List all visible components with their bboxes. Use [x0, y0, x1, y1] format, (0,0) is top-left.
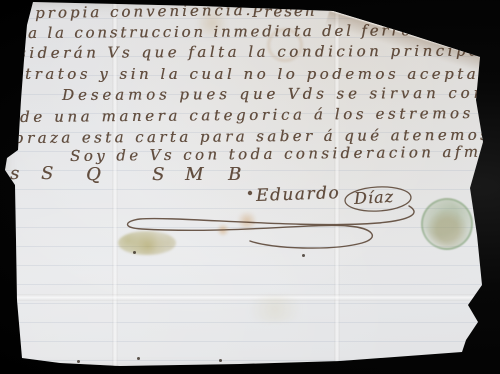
closing-initial-s: S: [152, 164, 164, 185]
handwriting-line-1a: propia conveniencia.: [35, 1, 253, 22]
closing-initials-left: s S: [10, 163, 61, 184]
fold-crease-horizontal: [0, 294, 500, 301]
signature-last-name: Díaz: [354, 187, 395, 208]
signature-first-name: Eduardo: [256, 183, 341, 206]
handwriting-line-4: tratos y sin la cual no lo podemos acept…: [25, 65, 490, 83]
letter-paper: propia conveniencia. Presen a la constru…: [0, 0, 500, 374]
handwriting-line-1b: Presen: [252, 2, 317, 21]
handwriting-line-5: Deseamos pues que Vds se sirvan contes: [62, 84, 500, 104]
circular-ink-stamp-icon: [421, 198, 473, 250]
ink-speck: [302, 254, 305, 257]
ink-speck: [219, 359, 222, 362]
ink-speck: [137, 357, 140, 360]
ink-speck: [133, 251, 136, 254]
handwriting-line-3: siderán Vs que falta la condicion princi…: [18, 42, 490, 62]
photo-background: propia conveniencia. Presen a la constru…: [0, 0, 500, 374]
closing-initial-b: B: [228, 164, 241, 185]
ink-speck: [77, 360, 80, 363]
stain-top-right: [408, 12, 456, 34]
closing-initial-m: M: [185, 164, 203, 185]
handwriting-line-2: a la construccion inmediata del ferro-ca…: [28, 21, 479, 42]
closing-initial-q: Q: [86, 164, 101, 185]
